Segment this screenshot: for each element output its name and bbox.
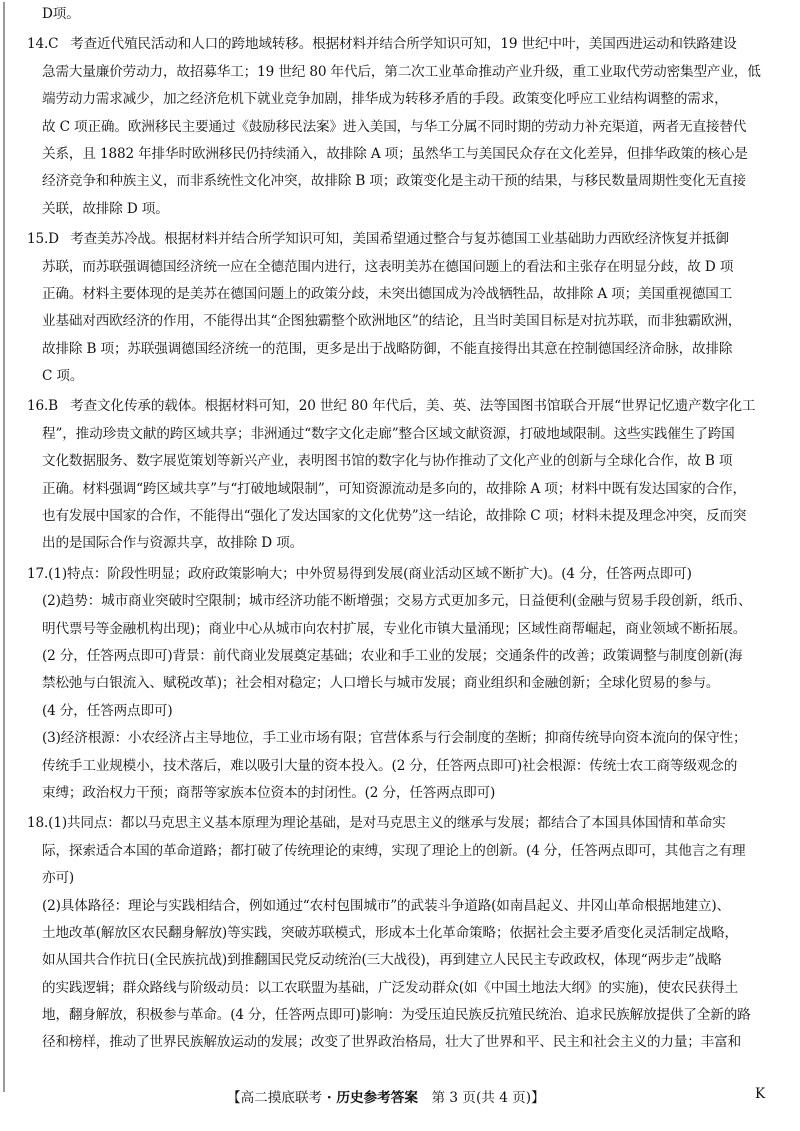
explanation-line: 正确。材料强调“跨区域共享”与“打破地域限制”，可知资源流动是多向的，故排除 A…	[27, 476, 765, 503]
answer-document: D项。 14.C考查近代殖民活动和人口的跨地域转移。根据材料并结合所学知识可知，…	[27, 0, 765, 1057]
explanation-line: (1)共同点：都以马克思主义基本原理为理论基础，是对马克思主义的继承与发展；都结…	[48, 815, 726, 831]
explanation-line: 考查美苏冷战。根据材料并结合所学知识可知，美国希望通过整合与复苏德国工业基础助力…	[70, 231, 729, 247]
explanation-line: 关系，且 1882 年排华时欧洲移民仍持续涌入，故排除 A 项；虽然华工与美国民…	[27, 141, 765, 168]
explanation-line: (1)特点：阶段性明显；政府政策影响大；中外贸易得到发展(商业活动区域不断扩大)…	[48, 566, 692, 582]
answer-item-17: 17.(1)特点：阶段性明显；政府政策影响大；中外贸易得到发展(商业活动区域不断…	[27, 561, 765, 808]
item-number: 15.	[27, 231, 48, 247]
explanation-line: 端劳动力需求减少，加之经济危机下就业竞争加剧，排华成为转移矛盾的手段。政策变化呼…	[27, 86, 765, 113]
explanation-line: 正确。材料主要体现的是美苏在德国问题上的政策分歧，未突出德国成为冷战牺牲品，故排…	[27, 281, 765, 308]
explanation-line: 经济竞争和种族主义，而非系统性文化冲突，故排除 B 项；政策变化是主动干预的结果…	[27, 168, 765, 195]
explanation-line: 径和榜样，推动了世界民族解放运动的发展；改变了世界政治格局，壮大了世界和平、民主…	[27, 1029, 765, 1056]
explanation-line: 的实践逻辑；群众路线与阶级动员：以工农联盟为基础，广泛发动群众(如《中国土地法大…	[27, 975, 765, 1002]
item-answer: C	[48, 31, 70, 58]
item-number: 18.	[27, 815, 48, 831]
explanation-line: 关联，故排除 D 项。	[27, 196, 765, 223]
footer-subject: 历史参考答案	[336, 1090, 418, 1106]
explanation-line: 出的是国际合作与资源共享，故排除 D 项。	[27, 530, 765, 557]
explanation-line: 土地改革(解放区农民翻身解放)等实践，突破苏联模式，形成本土化革命策略；依据社会…	[27, 920, 765, 947]
footer-bracket-close: 】	[531, 1090, 545, 1106]
footer-page-info: 第 3 页(共 4 页)	[418, 1090, 531, 1106]
footer-version-letter: K	[755, 1086, 765, 1102]
page-footer: 【高二摸底联考 · 历史参考答案 第 3 页(共 4 页)】 K	[0, 1086, 800, 1110]
explanation-line: (2 分，任答两点即可)背景：前代商业发展奠定基础；农业和手工业的发展；交通条件…	[27, 643, 765, 670]
binding-margin-line	[3, 2, 5, 1092]
explanation-line: (2)趋势：城市商业突破时空限制；城市经济功能不断增强；交易方式更加多元，日益便…	[27, 588, 765, 615]
explanation-line: 也有发展中国家的合作，不能得出“强化了发达国家的文化优势”这一结论，故排除 C …	[27, 503, 765, 530]
answer-item-18: 18.(1)共同点：都以马克思主义基本原理为理论基础，是对马克思主义的继承与发展…	[27, 810, 765, 1057]
explanation-line: 禁松弛与白银流入、赋税改革)；社会相对稳定；人口增长与城市发展；商业组织和金融创…	[27, 670, 765, 697]
explanation-line: 束缚；政治权力干预；商帮等家族本位资本的封闭性。(2 分，任答两点即可)	[27, 780, 765, 807]
explanation-line: (3)经济根源：小农经济占主导地位，手工业市场有限；官营体系与行会制度的垄断；抑…	[27, 725, 765, 752]
answer-item-16: 16.B考查文化传承的载体。根据材料可知，20 世纪 80 年代后，美、英、法等…	[27, 393, 765, 557]
explanation-line: 际，探索适合本国的革命道路；都打破了传统理论的束缚，实现了理论上的创新。(4 分…	[27, 838, 765, 865]
explanation-line: 如从国共合作抗日(全民族抗战)到推翻国民党反动统治(三大战役)，再到建立人民民主…	[27, 947, 765, 974]
item-number: 17.	[27, 566, 48, 582]
footer-exam-name: 高二摸底联考	[241, 1090, 323, 1106]
footer-bracket-open: 【	[227, 1090, 241, 1106]
explanation-line: 急需大量廉价劳动力，故招募华工；19 世纪 80 年代后，第二次工业革命推动产业…	[27, 59, 765, 86]
explanation-line: 地，翻身解放，积极参与革命。(4 分，任答两点即可)影响：为受压迫民族反抗殖民统…	[27, 1002, 765, 1029]
previous-item-tail: D项。	[27, 1, 765, 28]
explanation-line: 明代票号等金融机构出现)；商业中心从城市向农村扩展，专业化市镇大量涌现；区域性商…	[27, 616, 765, 643]
item-answer: D	[48, 226, 70, 253]
item-number: 14.	[27, 36, 48, 52]
answer-item-15: 15.D考查美苏冷战。根据材料并结合所学知识可知，美国希望通过整合与复苏德国工业…	[27, 226, 765, 390]
explanation-line: 程”，推动珍贵文献的跨区域共享；非洲通过“数字文化走廊”整合区域文献资源，打破地…	[27, 421, 765, 448]
footer-title: 【高二摸底联考 · 历史参考答案 第 3 页(共 4 页)】	[227, 1086, 545, 1106]
item-answer: B	[48, 393, 70, 420]
explanation-line: 文化数据服务、数字展览策划等新兴产业，表明图书馆的数字化与协作推动了文化产业的创…	[27, 448, 765, 475]
explanation-line: 考查文化传承的载体。根据材料可知，20 世纪 80 年代后，美、英、法等国图书馆…	[70, 398, 755, 414]
explanation-line: 故 C 项正确。欧洲移民主要通过《鼓励移民法案》进入美国，与华工分属不同时期的劳…	[27, 114, 765, 141]
answer-item-14: 14.C考查近代殖民活动和人口的跨地域转移。根据材料并结合所学知识可知，19 世…	[27, 31, 765, 223]
explanation-line: 考查近代殖民活动和人口的跨地域转移。根据材料并结合所学知识可知，19 世纪中叶，…	[70, 36, 736, 52]
explanation-line: 传统手工业规模小，技术落后，难以吸引大量的资本投入。(2 分，任答两点即可)社会…	[27, 753, 765, 780]
item-number: 16.	[27, 398, 48, 414]
explanation-line: (4 分，任答两点即可)	[27, 698, 765, 725]
explanation-line: 苏联，而苏联强调德国经济统一应在全德范围内进行，这表明美苏在德国问题上的看法和主…	[27, 254, 765, 281]
explanation-line: C 项。	[27, 363, 765, 390]
explanation-line: (2)具体路径：理论与实践相结合，例如通过“农村包围城市”的武装斗争道路(如南昌…	[27, 893, 765, 920]
explanation-line: 业基础对西欧经济的作用，不能得出其“企图独霸整个欧洲地区”的结论，且当时美国目标…	[27, 308, 765, 335]
explanation-line: 亦可)	[27, 865, 765, 892]
explanation-line: 故排除 B 项；苏联强调德国经济统一的范围，更多是出于战略防御，不能直接得出其意…	[27, 336, 765, 363]
footer-separator: ·	[322, 1090, 336, 1106]
